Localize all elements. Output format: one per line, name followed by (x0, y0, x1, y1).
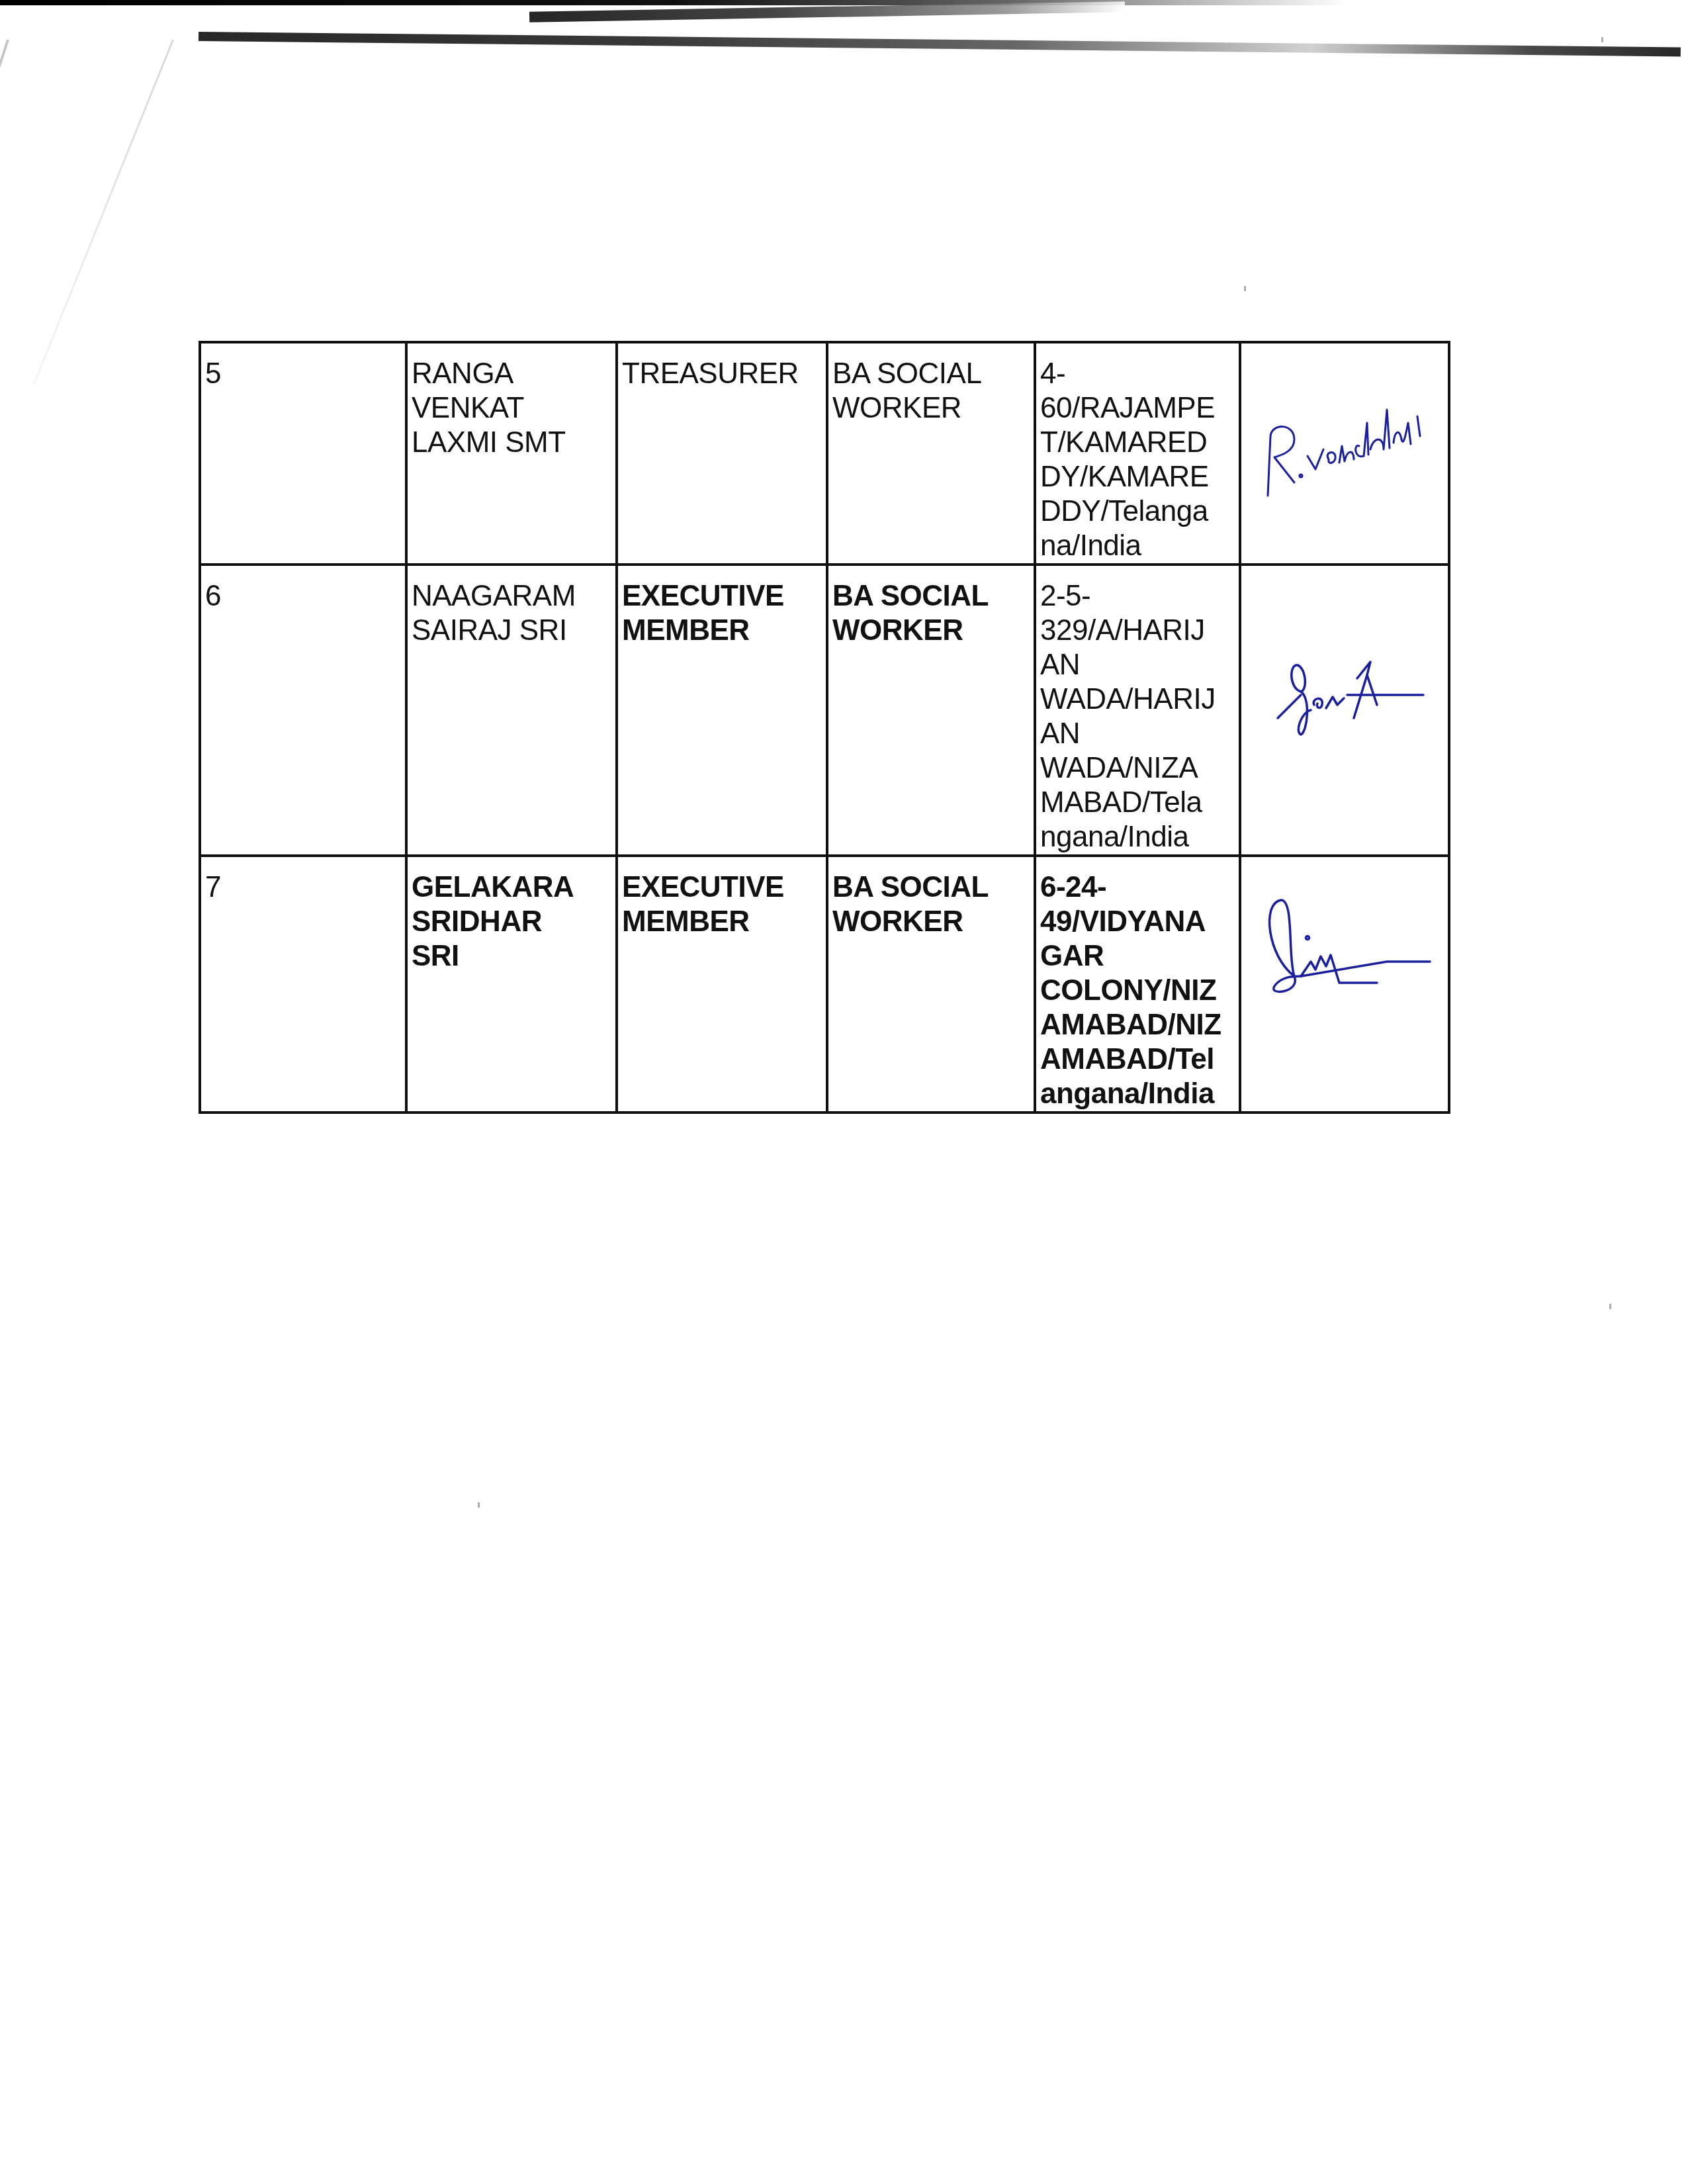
scan-edge-artifact (33, 40, 174, 384)
table-row: 6 NAAGARAM SAIRAJ SRI EXECUTIVE MEMBER B… (200, 565, 1449, 856)
designation: EXECUTIVE MEMBER (622, 579, 822, 648)
occupation: BA SOCIAL WORKER (832, 357, 1030, 426)
member-name: RANGA VENKAT LAXMI SMT (412, 357, 611, 460)
members-table: 5 RANGA VENKAT LAXMI SMT TREASURER BA SO… (199, 341, 1450, 1114)
address: 4- 60/RAJAMPE T/KAMARED DY/KAMARE DDY/Te… (1040, 357, 1235, 563)
signature-cell (1240, 342, 1449, 565)
member-name: NAAGARAM SAIRAJ SRI (412, 579, 611, 648)
signature-image (1255, 383, 1440, 516)
address-cell: 2-5- 329/A/HARIJ AN WADA/HARIJ AN WADA/N… (1035, 565, 1240, 856)
serial-number: 5 (205, 357, 401, 391)
table-row: 5 RANGA VENKAT LAXMI SMT TREASURER BA SO… (200, 342, 1449, 565)
designation-cell: EXECUTIVE MEMBER (617, 856, 827, 1113)
scan-speck (1244, 286, 1246, 291)
designation-cell: EXECUTIVE MEMBER (617, 565, 827, 856)
scan-edge-artifact (0, 40, 9, 384)
serial-number: 7 (205, 870, 401, 905)
scan-edge-artifact (0, 0, 1686, 5)
signature-cell (1240, 565, 1449, 856)
table-row: 7 GELAKARA SRIDHAR SRI EXECUTIVE MEMBER … (200, 856, 1449, 1113)
address: 6-24- 49/VIDYANA GAR COLONY/NIZ AMABAD/N… (1040, 870, 1235, 1111)
scan-speck (1609, 1304, 1611, 1309)
member-name-cell: NAAGARAM SAIRAJ SRI (406, 565, 617, 856)
occupation: BA SOCIAL WORKER (832, 870, 1030, 939)
designation: TREASURER (622, 357, 822, 391)
occupation-cell: BA SOCIAL WORKER (827, 856, 1035, 1113)
serial-number-cell: 5 (200, 342, 406, 565)
occupation-cell: BA SOCIAL WORKER (827, 342, 1035, 565)
scan-speck (1601, 37, 1603, 42)
address: 2-5- 329/A/HARIJ AN WADA/HARIJ AN WADA/N… (1040, 579, 1235, 854)
member-name: GELAKARA SRIDHAR SRI (412, 870, 611, 974)
occupation: BA SOCIAL WORKER (832, 579, 1030, 648)
signature-cell (1240, 856, 1449, 1113)
address-cell: 4- 60/RAJAMPE T/KAMARED DY/KAMARE DDY/Te… (1035, 342, 1240, 565)
serial-number-cell: 7 (200, 856, 406, 1113)
designation-cell: TREASURER (617, 342, 827, 565)
serial-number: 6 (205, 579, 401, 614)
scan-speck (478, 1502, 480, 1508)
scan-edge-artifact (199, 32, 1681, 56)
occupation-cell: BA SOCIAL WORKER (827, 565, 1035, 856)
member-name-cell: GELAKARA SRIDHAR SRI (406, 856, 617, 1113)
designation: EXECUTIVE MEMBER (622, 870, 822, 939)
signature-image (1255, 639, 1440, 771)
member-name-cell: RANGA VENKAT LAXMI SMT (406, 342, 617, 565)
serial-number-cell: 6 (200, 565, 406, 856)
signature-image (1255, 884, 1440, 1016)
address-cell: 6-24- 49/VIDYANA GAR COLONY/NIZ AMABAD/N… (1035, 856, 1240, 1113)
